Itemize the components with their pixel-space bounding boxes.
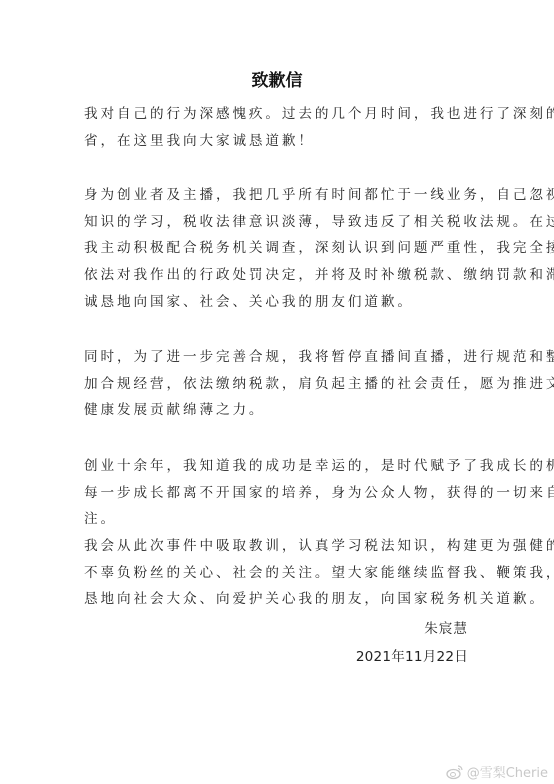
paragraph-line: 诚恳地向国家、社会、关心我的朋友们道歉。 (84, 289, 468, 316)
watermark-text: @雪梨Cherie (467, 762, 548, 781)
weibo-watermark: @雪梨Cherie (446, 762, 548, 781)
letter-title: 致歉信 (0, 66, 554, 91)
paragraph-line: 同时，为了进一步完善合规，我将暂停直播间直播，进行规范和整顿。我将更 (84, 344, 468, 371)
paragraph-line: 我主动积极配合税务机关调查，深刻认识到问题严重性，我完全接受税务部门 (84, 235, 468, 262)
paragraph-line: 我对自己的行为深感愧疚。过去的几个月时间，我也进行了深刻的反思、反 (84, 101, 468, 128)
paragraph-line: 注。 (84, 506, 468, 533)
paragraph-line: 省，在这里我向大家诚恳道歉！ (84, 128, 468, 155)
signature-name: 朱宸慧 (424, 617, 468, 637)
paragraph-5: 我会从此次事件中吸取教训，认真学习税法知识，构建更为强健的财务团队， 不辜负粉丝… (84, 533, 468, 613)
signature-date: 2021年11月22日 (356, 645, 468, 665)
paragraph-line: 创业十余年，我知道我的成功是幸运的，是时代赋予了我成长的机会。我深知 (84, 453, 468, 480)
paragraph-line: 依法对我作出的行政处罚决定，并将及时补缴税款、缴纳罚款和滞纳金。在此 (84, 262, 468, 289)
paragraph-3: 同时，为了进一步完善合规，我将暂停直播间直播，进行规范和整顿。我将更 加合规经营… (84, 344, 468, 424)
paragraph-line: 加合规经营，依法缴纳税款，肩负起主播的社会责任，愿为推进文娱领域长期 (84, 371, 468, 398)
weibo-icon (446, 764, 464, 780)
paragraph-line: 健康发展贡献绵薄之力。 (84, 397, 468, 424)
paragraph-4: 创业十余年，我知道我的成功是幸运的，是时代赋予了我成长的机会。我深知 每一步成长… (84, 453, 468, 533)
paragraph-line: 身为创业者及主播，我把几乎所有时间都忙于一线业务，自己忽视了专业财税 (84, 182, 468, 209)
paragraph-line: 恳地向社会大众、向爱护关心我的朋友，向国家税务机关道歉。 (84, 586, 468, 613)
paragraph-line: 不辜负粉丝的关心、社会的关注。望大家能继续监督我、鞭策我，最后再次诚 (84, 560, 468, 587)
paragraph-line: 知识的学习，税收法律意识淡薄，导致违反了相关税收法规。在过去数月中， (84, 209, 468, 236)
paragraph-line: 我会从此次事件中吸取教训，认真学习税法知识，构建更为强健的财务团队， (84, 533, 468, 560)
paragraph-1: 我对自己的行为深感愧疚。过去的几个月时间，我也进行了深刻的反思、反 省，在这里我… (84, 101, 468, 154)
paragraph-2: 身为创业者及主播，我把几乎所有时间都忙于一线业务，自己忽视了专业财税 知识的学习… (84, 182, 468, 316)
paragraph-line: 每一步成长都离不开国家的培养，身为公众人物，获得的一切来自于大家的关 (84, 480, 468, 507)
